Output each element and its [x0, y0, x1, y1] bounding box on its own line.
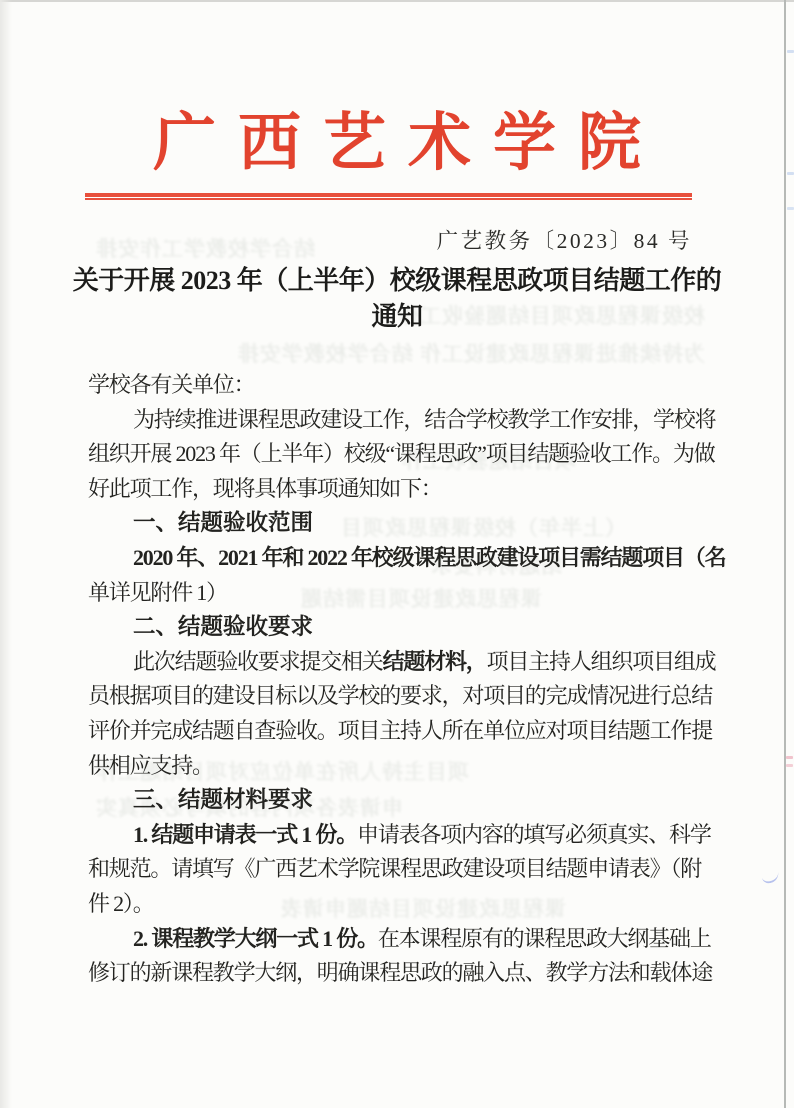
text-run: 单详见附件 1） [88, 580, 227, 605]
text-run: 修订的新课程教学大纲，明确课程思政的融入点、教学方法和载体途 [88, 960, 712, 985]
text-run: 件 2）。 [88, 891, 154, 916]
text-run: 2020 年、2021 年和 2022 年校级课程思政建设项目需结题项目（名 [133, 545, 725, 570]
text-run: 为持续推进课程思政建设工作，结合学校教学工作安排，学校将 [133, 407, 715, 432]
scan-edge-mark [787, 207, 794, 210]
notice-title-line2: 通知 [47, 299, 747, 335]
text-run: 2. 课程教学大纲一式 1 份。 [133, 926, 378, 951]
body-line: 2. 课程教学大纲一式 1 份。在本课程原有的课程思政大纲基础上 [88, 922, 728, 957]
text-run: 申请表各项内容的填写必须真实、科学 [357, 822, 711, 847]
body-line: 为持续推进课程思政建设工作，结合学校教学工作安排，学校将 [88, 403, 728, 438]
text-run: 员根据项目的建设目标以及学校的要求，对项目的完成情况进行总结 [88, 683, 712, 708]
body-line: 和规范。请填写《广西艺术学院课程思政建设项目结题申请表》（附 [88, 852, 728, 887]
section-heading-3: 三、结题材料要求 [88, 783, 728, 818]
scan-top-edge [0, 0, 794, 2]
section-heading-2: 二、结题验收要求 [88, 610, 728, 645]
scanned-document-page: 结合学校教学工作安排 校级课程思政项目结题验收工作 为持续推进课程思政建设工作 … [0, 0, 794, 1108]
pen-stray-mark [761, 871, 780, 885]
text-run: 学校各有关单位： [88, 372, 254, 397]
scan-left-edge [0, 0, 12, 1108]
text-run: 1. 结题申请表一式 1 份。 [133, 822, 357, 847]
text-run: 评价并完成结题自查验收。项目主持人所在单位应对项目结题工作提 [88, 718, 712, 743]
text-run: 此次结题验收要求提交相关 [133, 649, 383, 674]
body-line: 组织开展 2023 年（上半年）校级“课程思政”项目结题验收工作。为做 [88, 437, 728, 472]
scan-edge-mark [787, 50, 794, 53]
text-run: 供相应支持。 [88, 753, 213, 778]
document-number: 广艺教务〔2023〕84 号 [88, 224, 692, 255]
section-heading-1: 一、结题验收范围 [88, 506, 728, 541]
notice-body: 学校各有关单位： 为持续推进课程思政建设工作，结合学校教学工作安排，学校将 组织… [88, 368, 728, 991]
text-run: 结题材料， [383, 649, 487, 674]
body-line: 1. 结题申请表一式 1 份。申请表各项内容的填写必须真实、科学 [88, 818, 728, 853]
body-line: 评价并完成结题自查验收。项目主持人所在单位应对项目结题工作提 [88, 714, 728, 749]
letterhead-red-rule [85, 193, 692, 200]
notice-title: 关于开展 2023 年（上半年）校级课程思政项目结题工作的 通知 [47, 263, 747, 335]
scan-edge-mark [787, 172, 794, 175]
notice-title-line1: 关于开展 2023 年（上半年）校级课程思政项目结题工作的 [47, 263, 747, 299]
text-run: 好此项工作，现将具体事项通知如下： [88, 476, 442, 501]
bleed-through-text: 为持续推进课程思政建设工作 结合学校教学安排 [85, 338, 705, 368]
salutation: 学校各有关单位： [88, 368, 728, 403]
body-line: 2020 年、2021 年和 2022 年校级课程思政建设项目需结题项目（名 [88, 541, 728, 576]
text-run: 二、结题验收要求 [133, 614, 313, 639]
scan-right-edge-line [784, 0, 786, 1108]
scan-edge-mark [786, 764, 793, 767]
body-line: 单详见附件 1） [88, 576, 728, 611]
body-line: 件 2）。 [88, 887, 728, 922]
body-line: 此次结题验收要求提交相关结题材料，项目主持人组织项目组成 [88, 645, 728, 680]
text-run: 三、结题材料要求 [133, 787, 313, 812]
body-line: 修订的新课程教学大纲，明确课程思政的融入点、教学方法和载体途 [88, 956, 728, 991]
text-run: 一、结题验收范围 [133, 510, 313, 535]
body-line: 好此项工作，现将具体事项通知如下： [88, 472, 728, 507]
text-run: 在本课程原有的课程思政大纲基础上 [378, 926, 711, 951]
text-run: 和规范。请填写《广西艺术学院课程思政建设项目结题申请表》（附 [88, 856, 701, 881]
body-line: 供相应支持。 [88, 749, 728, 784]
text-run: 项目主持人组织项目组成 [487, 649, 716, 674]
scan-edge-mark [786, 756, 793, 759]
letterhead-organization-name: 广西艺术学院 [50, 92, 744, 183]
body-line: 员根据项目的建设目标以及学校的要求，对项目的完成情况进行总结 [88, 679, 728, 714]
text-run: 组织开展 2023 年（上半年）校级“课程思政”项目结题验收工作。为做 [88, 441, 715, 466]
